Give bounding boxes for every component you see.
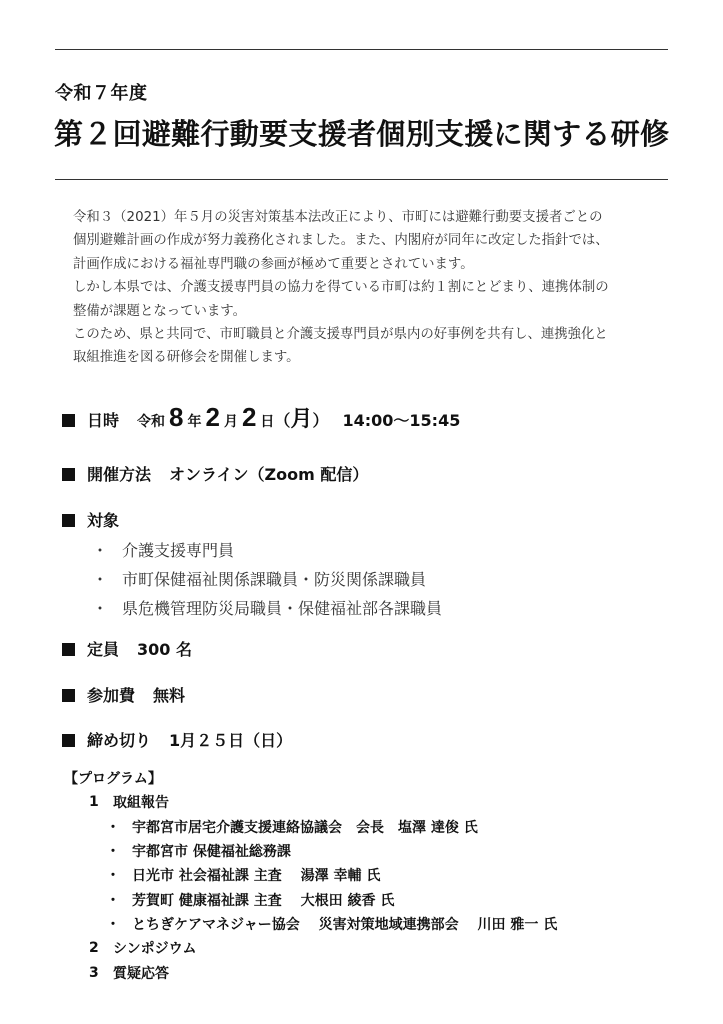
target-label: 対象 xyxy=(87,508,119,531)
day-unit: 日 xyxy=(260,411,274,431)
list-item: ・ とちぎケアマネジャー協会 災害対策地域連携部会 川田 雅一 氏 xyxy=(64,912,557,936)
program-heading: 【プログラム】 xyxy=(64,766,557,790)
detail-method: 開催方法 オンライン（Zoom 配信） xyxy=(62,462,368,485)
datetime-label: 日時 xyxy=(87,408,119,431)
method-label: 開催方法 xyxy=(87,462,151,485)
detail-fee: 参加費 無料 xyxy=(62,683,185,706)
square-bullet-icon xyxy=(62,514,75,527)
program-section-2: 2 シンポジウム xyxy=(64,936,557,960)
dot-bullet-icon: ・ xyxy=(92,567,122,590)
program-item: 日光市 社会福祉課 主査 湯澤 幸輔 氏 xyxy=(132,865,380,885)
section-title: 取組報告 xyxy=(113,792,169,812)
square-bullet-icon xyxy=(62,643,75,656)
program-item: とちぎケアマネジャー協会 災害対策地域連携部会 川田 雅一 氏 xyxy=(132,914,557,934)
year-unit: 年 xyxy=(187,411,201,431)
intro-line: 令和３（2021）年５月の災害対策基本法改正により、市町には避難行動要支援者ごと… xyxy=(73,206,673,229)
bottom-divider xyxy=(55,179,668,180)
page-title: 第２回避難行動要支援者個別支援に関する研修 xyxy=(54,112,669,153)
program-item: 宇都宮市 保健福祉総務課 xyxy=(132,841,291,861)
fiscal-year-label: 令和７年度 xyxy=(55,79,148,105)
capacity-value: 300 名 xyxy=(137,637,192,660)
intro-line: 計画作成における福祉専門職の参画が極めて重要とされています。 xyxy=(73,253,673,276)
section-title: 質疑応答 xyxy=(113,963,169,983)
section-number: 3 xyxy=(89,965,113,981)
list-item: ・ 県危機管理防災局職員・保健福祉部各課職員 xyxy=(92,593,442,622)
list-item: ・ 日光市 社会福祉課 主査 湯澤 幸輔 氏 xyxy=(64,863,557,887)
era: 令和 xyxy=(137,411,165,431)
dot-bullet-icon: ・ xyxy=(106,914,132,934)
dot-bullet-icon: ・ xyxy=(92,538,122,561)
target-item: 介護支援専門員 xyxy=(122,538,234,561)
dot-bullet-icon: ・ xyxy=(106,865,132,885)
intro-line: 個別避難計画の作成が努力義務化されました。また、内閣府が同年に改定した指針では、 xyxy=(73,229,673,252)
section-number: 2 xyxy=(89,940,113,956)
intro-line: 取組推進を図る研修会を開催します。 xyxy=(73,346,673,369)
paren-open: （ xyxy=(274,408,290,431)
list-item: ・ 市町保健福祉関係課職員・防災関係課職員 xyxy=(92,564,442,593)
top-divider xyxy=(55,49,668,50)
section-title: シンポジウム xyxy=(113,938,197,958)
list-item: ・ 宇都宮市 保健福祉総務課 xyxy=(64,839,557,863)
weekday: 月 xyxy=(290,402,312,433)
list-item: ・ 芳賀町 健康福祉課 主査 大根田 綾香 氏 xyxy=(64,887,557,911)
year: 8 xyxy=(169,402,183,433)
list-item: ・ 介護支援専門員 xyxy=(92,535,442,564)
program-section-1: 1 取組報告 xyxy=(64,790,557,814)
paren-close: ） xyxy=(312,408,328,431)
square-bullet-icon xyxy=(62,414,75,427)
time-range: 14:00～15:45 xyxy=(342,408,460,431)
square-bullet-icon xyxy=(62,468,75,481)
target-item: 市町保健福祉関係課職員・防災関係課職員 xyxy=(122,567,426,590)
target-item: 県危機管理防災局職員・保健福祉部各課職員 xyxy=(122,596,442,619)
fee-value: 無料 xyxy=(153,683,185,706)
deadline-value: 1月２５日（日） xyxy=(169,728,292,751)
detail-capacity: 定員 300 名 xyxy=(62,637,192,660)
intro-line: しかし本県では、介護支援専門員の協力を得ている市町は約１割にとどまり、連携体制の xyxy=(73,276,673,299)
dot-bullet-icon: ・ xyxy=(106,841,132,861)
list-item: ・ 宇都宮市居宅介護支援連絡協議会 会長 塩澤 達俊 氏 xyxy=(64,815,557,839)
program-item: 宇都宮市居宅介護支援連絡協議会 会長 塩澤 達俊 氏 xyxy=(132,817,478,837)
intro-paragraph: 令和３（2021）年５月の災害対策基本法改正により、市町には避難行動要支援者ごと… xyxy=(73,206,673,370)
square-bullet-icon xyxy=(62,689,75,702)
intro-line: このため、県と共同で、市町職員と介護支援専門員が県内の好事例を共有し、連携強化と xyxy=(73,323,673,346)
day: 2 xyxy=(242,402,256,433)
square-bullet-icon xyxy=(62,734,75,747)
month: 2 xyxy=(205,402,219,433)
intro-line: 整備が課題となっています。 xyxy=(73,300,673,323)
program-item: 芳賀町 健康福祉課 主査 大根田 綾香 氏 xyxy=(132,890,394,910)
section-number: 1 xyxy=(89,794,113,810)
dot-bullet-icon: ・ xyxy=(92,596,122,619)
detail-target: 対象 xyxy=(62,508,119,531)
method-value: オンライン（Zoom 配信） xyxy=(169,462,368,485)
month-unit: 月 xyxy=(224,411,238,431)
target-list: ・ 介護支援専門員 ・ 市町保健福祉関係課職員・防災関係課職員 ・ 県危機管理防… xyxy=(92,535,442,622)
detail-deadline: 締め切り 1月２５日（日） xyxy=(62,728,292,751)
capacity-label: 定員 xyxy=(87,637,119,660)
fee-label: 参加費 xyxy=(87,683,135,706)
detail-datetime: 日時 令和 8 年 2 月 2 日 （ 月 ） 14:00～15:45 xyxy=(62,402,460,433)
program-section-3: 3 質疑応答 xyxy=(64,960,557,984)
dot-bullet-icon: ・ xyxy=(106,890,132,910)
deadline-label: 締め切り xyxy=(87,728,151,751)
program-section: 【プログラム】 1 取組報告 ・ 宇都宮市居宅介護支援連絡協議会 会長 塩澤 達… xyxy=(64,766,557,985)
dot-bullet-icon: ・ xyxy=(106,817,132,837)
